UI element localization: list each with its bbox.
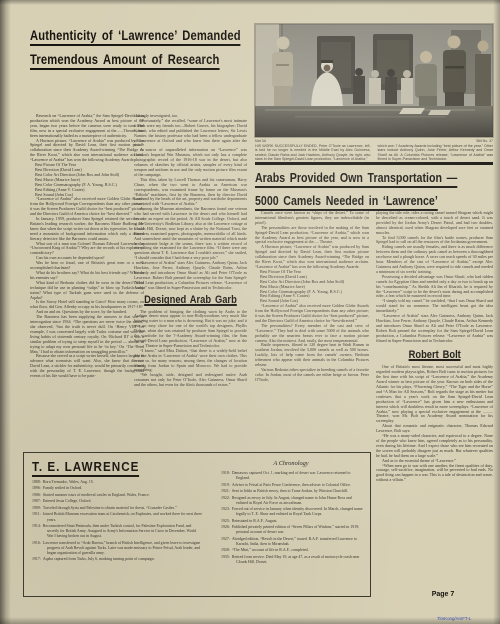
paragraph: What sort of a man was Colonel Thomas Ed… <box>30 242 144 257</box>
scan-edge-top <box>0 0 500 5</box>
photo-meta-row: Mat 3A Still No. 37 <box>255 139 493 143</box>
headline-line: Arabs Provided Own Transportation — <box>255 171 457 188</box>
entry-text: “The Mint,” account of life in R.A.F., c… <box>232 548 309 552</box>
entry-year: 1906: <box>32 493 41 497</box>
chronology-entry: 1926:Published privately printed edition… <box>221 525 363 535</box>
entry-text: Resigned as envoy in July. In August, ch… <box>232 496 352 505</box>
paragraph: Possessing a decided advantage was Omar … <box>376 275 493 300</box>
caption-divider-rule <box>255 162 493 165</box>
research-article-column-1: Research on “Lawrence of Arabia,” the Sa… <box>30 114 144 379</box>
paragraph: Among the Museum attendants, the Barones… <box>134 207 247 261</box>
headline-line: Authenticity of ‘Lawrence’ Demanded <box>30 27 241 46</box>
paragraph: This film, taken by Lowell Thomas and hi… <box>134 178 247 207</box>
chronology-entry: 1927:Abridged edition, “Revolt in the De… <box>221 537 363 547</box>
paragraph: “I know,” said Miss Dalton, “that there … <box>134 349 247 374</box>
paragraph: One of Britain's most literate, most suc… <box>376 365 493 424</box>
entry-year: 1935: <box>221 555 230 559</box>
headline-line: 5000 Camels Needed in ‘Lawrence’ <box>255 194 438 211</box>
entry-year: 1909: <box>32 506 41 510</box>
chronology-entry: 1896:Family settled in Oxford. <box>32 486 202 491</box>
entry-year: 1923: <box>221 507 230 511</box>
entry-text: Reconnoitered Sinai Peninsula, then unde… <box>43 524 196 538</box>
research-article-headline: Authenticity of ‘Lawrence’ Demanded Trem… <box>30 27 293 74</box>
paragraph: The personalities are those involved in … <box>255 226 369 246</box>
headline-line: Tremendous Amount of Research <box>30 51 219 70</box>
paragraph: Because she served as a script writer he… <box>30 354 144 379</box>
entry-text: Traveled through Syria and Palestine to … <box>43 506 177 510</box>
caption-column-right: which won 7 Academy Awards including “be… <box>378 144 494 162</box>
paragraph: A Horizon picture, “Lawrence of Arabia” … <box>255 245 369 270</box>
headline-line: Robert Bolt <box>408 353 460 361</box>
entry-year: 1919: <box>221 483 230 487</box>
still-number: Still No. 37 <box>476 139 493 143</box>
entry-text: Sent to Jidda as British envoy, then to … <box>232 489 348 493</box>
caption-column-left: HIS WORK SUCCESSFULLY ENDED, Peter O'Too… <box>255 144 371 162</box>
film-still-illustration <box>255 24 493 137</box>
entry-text: Reinstated in R.A.F., August. <box>232 519 278 523</box>
headline-line: T. E. LAWRENCE <box>32 459 139 477</box>
entry-text: Abridged edition, “Revolt in the Desert,… <box>232 537 357 546</box>
paragraph: “He was a many-sided character, and equi… <box>376 434 493 459</box>
entry-year: 1928: <box>221 548 230 552</box>
research-article-column-2: stakingly investigated, too.“Fortunately… <box>134 114 247 388</box>
paragraph: Research on “Lawrence of Arabia,” the Sa… <box>30 114 144 139</box>
headline-line: Designed Arab Garb <box>144 298 237 306</box>
paragraph: “Fortunately,” she recalled, “some of La… <box>134 119 247 148</box>
paragraph: Riding camels are usually females, and t… <box>376 245 493 274</box>
awards-list: Best Picture Of The YearBest Direction (… <box>30 163 144 197</box>
entry-year: 1907: <box>32 499 41 503</box>
camels-article-headline: Arabs Provided Own Transportation — 5000… <box>255 169 493 214</box>
paragraph: The problem of bringing the clothing wor… <box>134 310 247 349</box>
paragraph-group: Camels once were known as “ships of the … <box>255 211 369 270</box>
chronology-entry: 1888:Born Tremadoc, Wales, Aug. 15. <box>32 480 202 485</box>
awards-list: Best Picture Of The YearBest Direction (… <box>255 270 369 304</box>
paragraph-group: “Lawrence of Arabia” also received more … <box>30 197 144 379</box>
entry-year: 1927: <box>221 537 230 541</box>
chronology-entry: 1909:Traveled through Syria and Palestin… <box>32 506 202 511</box>
chronology-entry: 1925:Reinstated in R.A.F., August. <box>221 519 363 524</box>
chronology-box: T. E. LAWRENCE A Chronology 1888:Born Tr… <box>23 452 371 597</box>
entry-year: 1888: <box>32 480 41 484</box>
chronology-entry: 1907:Entered Jesus College, Oxford. <box>32 499 202 504</box>
scan-watermark: TimKong/AmFT-L <box>437 616 471 621</box>
entry-year: 1916: <box>32 541 41 545</box>
paragraph-group: “Lawrence of Arabia” also received more … <box>255 304 369 383</box>
entry-year: 1926: <box>221 525 230 529</box>
chronology-entry: 1911:Joined British Museum excavation te… <box>32 512 202 522</box>
paragraph-group: The problem of bringing the clothing wor… <box>134 310 247 389</box>
bolt-article-headline: Robert Bolt <box>376 353 493 361</box>
chronology-entries: 1888:Born Tremadoc, Wales, Aug. 15.1896:… <box>32 480 202 562</box>
chronology-entries: 1918:Damascus captured Oct. 1, marking e… <box>221 471 363 565</box>
scan-edge-right <box>493 0 500 624</box>
garb-article-headline: Designed Arab Garb <box>134 298 247 306</box>
entry-year: 1925: <box>221 519 230 523</box>
paragraph-group: playing the title role, rides a racing c… <box>376 211 493 343</box>
program-page: Authenticity of ‘Lawrence’ Demanded Trem… <box>0 0 500 624</box>
entry-text: Entered Jesus College, Oxford. <box>43 499 92 503</box>
paragraph: “Lawrence of Arabia” also received more … <box>30 197 144 217</box>
chronology-column-right: 1918:Damascus captured Oct. 1, marking e… <box>221 471 363 566</box>
entry-year: 1896: <box>32 486 41 490</box>
chronology-entry: 1921:Sent to Jidda as British envoy, the… <box>221 489 363 494</box>
paragraph: In January, 1959, producer Sam Spiegel r… <box>30 217 144 242</box>
entry-year: 1921: <box>221 489 230 493</box>
paragraph: The Baroness has been supplying the answ… <box>30 315 144 354</box>
paragraph: A source of unparalleled information on … <box>134 148 247 177</box>
entry-text: Adviser to Feisal at Paris Peace Confere… <box>232 483 351 487</box>
paragraph: Various Bedouin tribes specialize in bre… <box>255 368 369 383</box>
paragraph-group: stakingly investigated, too.“Fortunately… <box>134 114 247 291</box>
paragraph: playing the title role, rides a racing c… <box>376 211 493 236</box>
photo-caption: HIS WORK SUCCESSFULLY ENDED, Peter O'Too… <box>255 144 493 162</box>
chronology-entry: 1928:“The Mint,” account of life in R.A.… <box>221 548 363 553</box>
entry-year: 1922: <box>221 496 230 500</box>
entry-year: 1918: <box>221 471 230 475</box>
mat-number: Mat 3A <box>255 139 266 143</box>
chronology-entry: 1923:Forced out of service in January wh… <box>221 507 363 517</box>
chronology-entry: 1916:Lawrence transferred to “Arab Burea… <box>32 541 202 556</box>
paragraph: “Lawrence of Arabia” also received more … <box>255 304 369 324</box>
chronology-entry: 1919:Adviser to Feisal at Paris Peace Co… <box>221 483 363 488</box>
chronology-entry: 1918:Damascus captured Oct. 1, marking e… <box>221 471 363 481</box>
chronology-subtitle: A Chronology <box>221 460 361 467</box>
scan-edge-left <box>0 0 11 624</box>
paragraph: What kind of Bedouin clothes did he wear… <box>30 281 144 301</box>
scan-edge-bottom <box>0 617 500 624</box>
chronology-entry: 1914:Reconnoitered Sinai Peninsula, then… <box>32 524 202 539</box>
entry-text: Forced out of service in January when id… <box>232 507 363 516</box>
entry-text: Aqaba captured from Turks, July 6, marki… <box>43 557 155 561</box>
paragraph-group: Research on “Lawrence of Arabia,” the Sa… <box>30 114 144 163</box>
entry-text: Damascus captured Oct. 1, marking end of… <box>232 471 351 480</box>
chronology-entry: 1917:Aqaba captured from Turks, July 6, … <box>32 557 202 562</box>
paragraph: “I simply told my camel,” he confided, “… <box>376 299 493 314</box>
paragraph: Battle sequences, filmed in 120 degree h… <box>255 343 369 368</box>
entry-text: Started summer tours of medieval castles… <box>43 493 150 497</box>
chronology-column-left: 1888:Born Tremadoc, Wales, Aug. 15.1896:… <box>32 480 202 564</box>
camels-article-column-1: Camels once were known as “ships of the … <box>255 211 369 383</box>
entry-text: Family settled in Oxford. <box>43 486 82 490</box>
paragraph: The personalities? Every member of the c… <box>255 324 369 344</box>
paragraph: Camels once were known as “ships of the … <box>255 211 369 226</box>
paragraph: A Horizon picture, “Lawrence of Arabia” … <box>30 139 144 164</box>
paragraph: “Lawrence of Arabia” stars Alec Guinness… <box>376 314 493 343</box>
chronology-entry: 1906:Started summer tours of medieval ca… <box>32 493 202 498</box>
paragraph: “We bought, stole, designed and redesign… <box>134 373 247 388</box>
entry-text: Born Tremadoc, Wales, Aug. 15. <box>43 480 94 484</box>
camels-article-column-2: playing the title role, rides a racing c… <box>376 211 493 483</box>
entry-year: 1911: <box>32 512 41 516</box>
page-number: Page 7 <box>408 591 478 598</box>
entry-text: Lawrence transferred to “Arab Bureau,” b… <box>43 541 200 555</box>
paragraph-group: One of Britain's most literate, most suc… <box>376 365 493 483</box>
entry-text: Joined British Museum excavation team at… <box>43 512 202 521</box>
entry-text: Published privately printed edition of “… <box>232 525 359 534</box>
paragraph: “Lawrence of Arabia” stars Alec Guinness… <box>134 261 247 290</box>
film-still-photo <box>255 24 493 137</box>
entry-year: 1917: <box>32 557 41 561</box>
chronology-entry: 1922:Resigned as envoy in July. In Augus… <box>221 496 363 506</box>
chronology-entry: 1935:Retired from service. Died May 19, … <box>221 555 363 565</box>
entry-year: 1914: <box>32 524 41 528</box>
paragraph: “When men go to war with one another, th… <box>376 464 493 484</box>
entry-text: Retired from service. Died May 19, at ag… <box>232 555 359 564</box>
